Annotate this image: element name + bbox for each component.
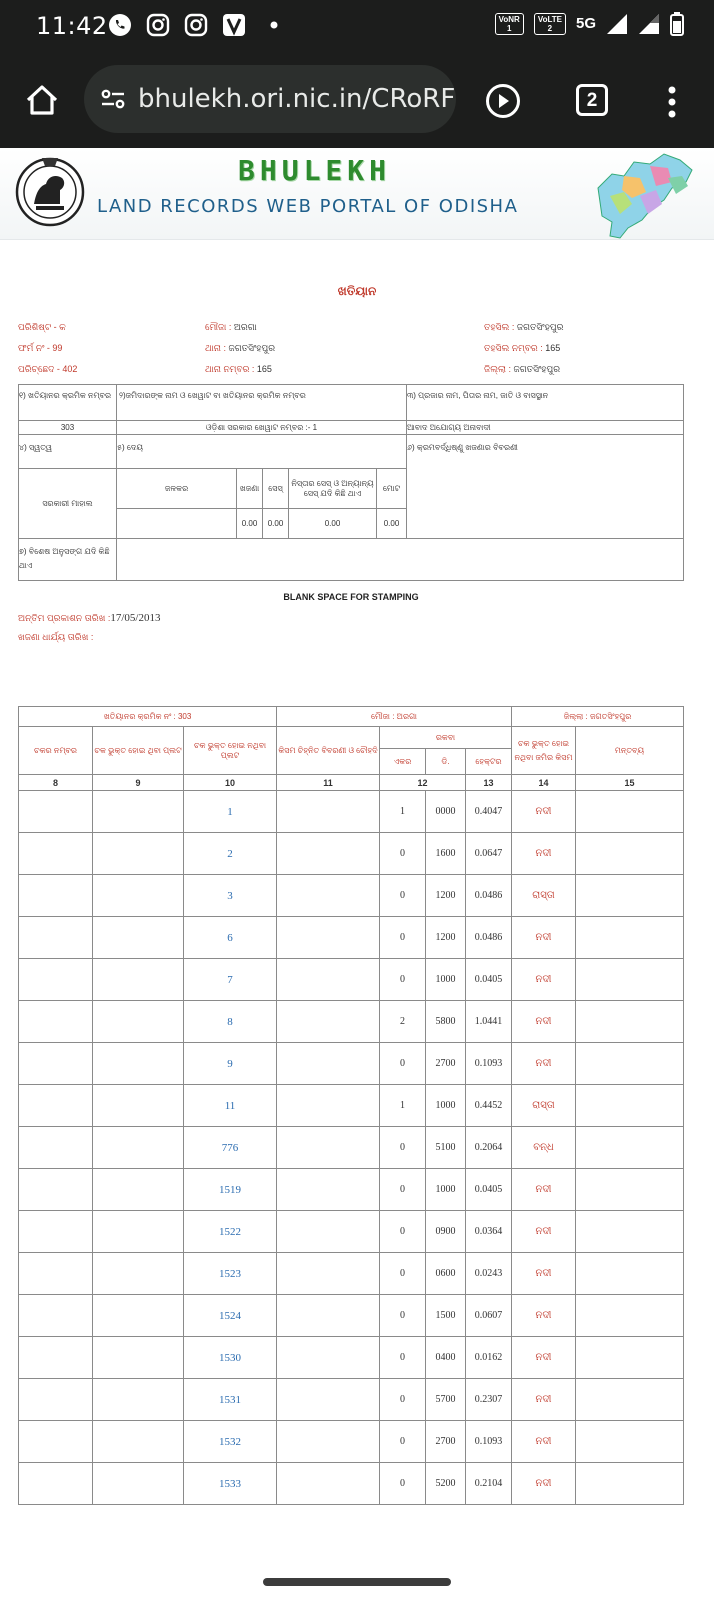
tenant-value: ଆବାଦ ଅଯୋଗ୍ୟ ଅନାବାଦୀ bbox=[407, 421, 684, 435]
special-label: ୭) ବିଶେଷ ଅନୁସଙ୍ଗ ଯଦି କିଛି ଥାଏ bbox=[19, 539, 117, 581]
chaka-cell bbox=[19, 959, 93, 1001]
kisam-details-cell bbox=[277, 959, 380, 1001]
acre-cell: 0 bbox=[380, 1169, 426, 1211]
plot-number-link[interactable]: 1531 bbox=[219, 1394, 241, 1406]
kisam-details-cell bbox=[277, 1001, 380, 1043]
table-row: 9027000.1093ନଦୀ bbox=[19, 1043, 684, 1085]
thana-number-label: ଥାନା ନମ୍ବର : bbox=[205, 364, 257, 374]
owner-value: ଓଡ଼ିଶା ସରକାର ଖେୱାଟ ନମ୍ବର :- 1 bbox=[117, 421, 407, 435]
land-type-cell: ରାସ୍ତା bbox=[512, 875, 576, 917]
chaka-cell bbox=[19, 1253, 93, 1295]
land-type-cell: ନଦୀ bbox=[512, 1211, 576, 1253]
kisam-details-cell bbox=[277, 1211, 380, 1253]
nistar-ses-header: ନିସ୍ତାର ସେସ୍ ଓ ଅନ୍ୟାନ୍ୟ ସେସ୍ ଯଦି କିଛି ଥା… bbox=[289, 469, 377, 509]
odisha-emblem-icon bbox=[14, 152, 86, 228]
land-type-cell: ନଦୀ bbox=[512, 917, 576, 959]
plot-number-cell: 1532 bbox=[184, 1421, 277, 1463]
decimal-cell: 1000 bbox=[426, 959, 466, 1001]
land-type-cell: ନଦୀ bbox=[512, 1463, 576, 1505]
ses-header: ସେସ୍ bbox=[263, 469, 289, 509]
kisam-details-cell bbox=[277, 1337, 380, 1379]
chaka-plot-cell bbox=[93, 833, 184, 875]
remarks-cell bbox=[576, 791, 684, 833]
acre-cell: 2 bbox=[380, 1001, 426, 1043]
gesture-bar[interactable] bbox=[263, 1578, 451, 1586]
column-number: 8 bbox=[19, 775, 93, 791]
decimal-cell: 0600 bbox=[426, 1253, 466, 1295]
khajana-value: 0.00 bbox=[237, 509, 263, 539]
district-field: ଜିଲ୍ଲା : ଜଗତସିଂହପୁର bbox=[484, 364, 560, 375]
plot-number-cell: 2 bbox=[184, 833, 277, 875]
kisam-details-cell bbox=[277, 1169, 380, 1211]
browser-toolbar: bhulekh.ori.nic.in/CRoRF 2 bbox=[0, 52, 714, 148]
tahasil-number-value: 165 bbox=[545, 343, 560, 353]
land-type-cell: ନଦୀ bbox=[512, 1001, 576, 1043]
portal-title: LAND RECORDS WEB PORTAL OF ODISHA bbox=[97, 196, 518, 217]
column-number: 13 bbox=[466, 775, 512, 791]
column-number: 12 bbox=[380, 775, 466, 791]
hectare-cell: 0.0607 bbox=[466, 1295, 512, 1337]
remarks-cell bbox=[576, 1169, 684, 1211]
plot-number-cell: 1524 bbox=[184, 1295, 277, 1337]
plot-number-link[interactable]: 2 bbox=[227, 848, 233, 860]
document-title: ଖତିୟାନ bbox=[0, 284, 714, 299]
hectare-cell: 1.0441 bbox=[466, 1001, 512, 1043]
chaka-cell bbox=[19, 1379, 93, 1421]
battery-icon bbox=[670, 12, 684, 36]
remarks-cell bbox=[576, 1127, 684, 1169]
site-banner: BHULEKH LAND RECORDS WEB PORTAL OF ODISH… bbox=[0, 148, 714, 240]
mouza-value: ଅରଗା bbox=[234, 322, 257, 332]
acre-cell: 0 bbox=[380, 1295, 426, 1337]
kisam-details-cell bbox=[277, 1127, 380, 1169]
district-label: ଜିଲ୍ଲା : bbox=[484, 364, 514, 374]
chaka-cell bbox=[19, 1043, 93, 1085]
land-type-cell: ନଦୀ bbox=[512, 791, 576, 833]
tahasil-label: ତହସିଲ : bbox=[484, 322, 517, 332]
chaka-plot-cell bbox=[93, 1085, 184, 1127]
acre-cell: 0 bbox=[380, 1463, 426, 1505]
land-type-cell: ନଦୀ bbox=[512, 1379, 576, 1421]
chaka-plot-cell bbox=[93, 1295, 184, 1337]
table-row: 7010000.0405ନଦୀ bbox=[19, 959, 684, 1001]
hectare-cell: 0.4452 bbox=[466, 1085, 512, 1127]
hectare-cell: 0.2104 bbox=[466, 1463, 512, 1505]
decimal-cell: 1200 bbox=[426, 875, 466, 917]
khatian-number-value: 303 bbox=[19, 421, 117, 435]
play-icon[interactable] bbox=[485, 83, 521, 119]
more-notifications-dot-icon bbox=[262, 13, 286, 37]
mot-header: ମୋଟ bbox=[377, 469, 407, 509]
decimal-cell: 1500 bbox=[426, 1295, 466, 1337]
land-type-cell: ନଦୀ bbox=[512, 959, 576, 1001]
hectare-header: ହେକ୍ଟର bbox=[466, 749, 512, 775]
plot-number-link[interactable]: 11 bbox=[225, 1100, 236, 1112]
decimal-cell: 0900 bbox=[426, 1211, 466, 1253]
land-type-header: ଚକ ଭୁକ୍ତ ହୋଇ ନଥିବା ଜମିର କିସମ bbox=[512, 727, 576, 775]
plots-khatian-number: ଖତିୟାନର କ୍ରମିକ ନଂ : 303 bbox=[19, 707, 277, 727]
chaka-plot-cell bbox=[93, 791, 184, 833]
remarks-cell bbox=[576, 959, 684, 1001]
remarks-cell bbox=[576, 1085, 684, 1127]
vonr-indicator: VoNR1 bbox=[495, 13, 524, 35]
decimal-cell: 1200 bbox=[426, 917, 466, 959]
kisam-details-cell bbox=[277, 791, 380, 833]
table-row: 1523006000.0243ନଦୀ bbox=[19, 1253, 684, 1295]
table-row: 6012000.0486ନଦୀ bbox=[19, 917, 684, 959]
chaka-plot-header: ଚକ ଭୁକ୍ତ ହୋଇ ଥିବା ପ୍ଲଟ bbox=[93, 727, 184, 775]
acre-cell: 0 bbox=[380, 875, 426, 917]
land-type-cell: ନଦୀ bbox=[512, 1295, 576, 1337]
decimal-cell: 5700 bbox=[426, 1379, 466, 1421]
table-row: 776051000.2064ବନ୍ଧ bbox=[19, 1127, 684, 1169]
plot-number-cell: 1 bbox=[184, 791, 277, 833]
plots-table: ଖତିୟାନର କ୍ରମିକ ନଂ : 303 ମୌଜା : ଅରଗା ଜିଲ୍… bbox=[18, 706, 684, 1505]
table-row: 1522009000.0364ନଦୀ bbox=[19, 1211, 684, 1253]
acre-cell: 0 bbox=[380, 917, 426, 959]
plot-number-link[interactable]: 8 bbox=[227, 1016, 233, 1028]
publish-date-label: ଅନ୍ତିମ ପ୍ରକାଶନ ତାରିଖ : bbox=[18, 613, 110, 623]
remarks-cell bbox=[576, 1001, 684, 1043]
remarks-cell bbox=[576, 875, 684, 917]
decimal-cell: 2700 bbox=[426, 1043, 466, 1085]
remarks-cell bbox=[576, 1295, 684, 1337]
khajana-header: ଖଜଣା bbox=[237, 469, 263, 509]
chaka-plot-cell bbox=[93, 1169, 184, 1211]
tahasil-field: ତହସିଲ : ଜଗତସିଂହପୁର bbox=[484, 322, 563, 333]
remarks-cell bbox=[576, 1463, 684, 1505]
land-type-cell: ରାସ୍ତା bbox=[512, 1085, 576, 1127]
hectare-cell: 0.0405 bbox=[466, 1169, 512, 1211]
site-info-icon[interactable] bbox=[98, 84, 128, 114]
decimal-cell: 2700 bbox=[426, 1421, 466, 1463]
acre-cell: 0 bbox=[380, 1211, 426, 1253]
vonr-label: VoNR bbox=[499, 15, 520, 24]
kisam-details-header: କିସମ ଚିହ୍ନିତ ବିବରଣୀ ଓ ଚୌହଦି bbox=[277, 727, 380, 775]
kisam-details-cell bbox=[277, 1379, 380, 1421]
acre-header: ଏକର bbox=[380, 749, 426, 775]
remarks-cell bbox=[576, 1421, 684, 1463]
chaka-plot-cell bbox=[93, 1463, 184, 1505]
decimal-cell: 5100 bbox=[426, 1127, 466, 1169]
chaka-cell bbox=[19, 791, 93, 833]
chaka-cell bbox=[19, 875, 93, 917]
vi-app-icon bbox=[222, 13, 246, 37]
plot-number-link[interactable]: 9 bbox=[227, 1058, 233, 1070]
acre-cell: 0 bbox=[380, 959, 426, 1001]
kisam-details-cell bbox=[277, 917, 380, 959]
table-row: 1100000.4047ନଦୀ bbox=[19, 791, 684, 833]
tab-switcher-button[interactable]: 2 bbox=[576, 84, 608, 116]
chaka-header: ଚକର ନମ୍ବର bbox=[19, 727, 93, 775]
decimal-cell: 1000 bbox=[426, 1169, 466, 1211]
land-type-cell: ନଦୀ bbox=[512, 1043, 576, 1085]
plot-number-link[interactable]: 1522 bbox=[219, 1226, 241, 1238]
sarakari-mahal-label: ସରକାରୀ ମାହାଲ bbox=[19, 469, 117, 539]
chaka-plot-cell bbox=[93, 1211, 184, 1253]
hectare-cell: 0.1093 bbox=[466, 1421, 512, 1463]
plot-number-link[interactable]: 1530 bbox=[219, 1352, 241, 1364]
chaka-cell bbox=[19, 1421, 93, 1463]
land-type-cell: ବନ୍ଧ bbox=[512, 1127, 576, 1169]
chaka-cell bbox=[19, 1085, 93, 1127]
acre-cell: 0 bbox=[380, 1253, 426, 1295]
chaka-cell bbox=[19, 833, 93, 875]
decimal-cell: 0400 bbox=[426, 1337, 466, 1379]
acre-cell: 0 bbox=[380, 1379, 426, 1421]
remarks-header: ମନ୍ତବ୍ୟ bbox=[576, 727, 684, 775]
form-number: ଫର୍ମ ନଂ - 99 bbox=[18, 343, 62, 354]
call-notification-icon bbox=[108, 13, 132, 37]
acre-cell: 1 bbox=[380, 1085, 426, 1127]
chaka-plot-cell bbox=[93, 1253, 184, 1295]
bhulekh-logo: BHULEKH bbox=[238, 154, 391, 187]
land-type-cell: ନଦୀ bbox=[512, 1421, 576, 1463]
chaka-plot-cell bbox=[93, 959, 184, 1001]
plot-number-cell: 1531 bbox=[184, 1379, 277, 1421]
volte-label: VoLTE bbox=[538, 15, 562, 24]
clock: 11:42 bbox=[36, 12, 108, 40]
tahasil-number-field: ତହସିଲ ନମ୍ବର : 165 bbox=[484, 343, 560, 354]
area-header: ରକବା bbox=[380, 727, 512, 749]
hectare-cell: 0.4047 bbox=[466, 791, 512, 833]
plot-number-cell: 1519 bbox=[184, 1169, 277, 1211]
plot-number-cell: 9 bbox=[184, 1043, 277, 1085]
plot-rows: 1100000.4047ନଦୀ2016000.0647ନଦୀ3012000.04… bbox=[19, 791, 684, 1505]
chaka-plot-cell bbox=[93, 1127, 184, 1169]
chaka-cell bbox=[19, 1295, 93, 1337]
thana-label: ଥାନା : bbox=[205, 343, 229, 353]
kisam-details-cell bbox=[277, 1463, 380, 1505]
chaka-cell bbox=[19, 1001, 93, 1043]
acre-cell: 0 bbox=[380, 1127, 426, 1169]
plot-number-link[interactable]: 6 bbox=[227, 932, 233, 944]
hectare-cell: 0.1093 bbox=[466, 1043, 512, 1085]
mouza-field: ମୌଜା : ଅରଗା bbox=[205, 322, 257, 333]
remarks-cell bbox=[576, 917, 684, 959]
decimal-cell: 1000 bbox=[426, 1085, 466, 1127]
status-bar: 11:42 VoNR1 VoLTE2 5G bbox=[0, 0, 714, 52]
plot-number-link[interactable]: 1524 bbox=[219, 1310, 241, 1322]
plot-number-link[interactable]: 1 bbox=[227, 806, 233, 818]
plot-number-cell: 11 bbox=[184, 1085, 277, 1127]
thana-number-field: ଥାନା ନମ୍ବର : 165 bbox=[205, 364, 272, 375]
chaka-cell bbox=[19, 1169, 93, 1211]
decimal-cell: 5200 bbox=[426, 1463, 466, 1505]
land-type-cell: ନଦୀ bbox=[512, 833, 576, 875]
deya-label: ୫) ଦେୟ bbox=[117, 435, 407, 469]
column-number: 9 bbox=[93, 775, 184, 791]
acre-cell: 0 bbox=[380, 1043, 426, 1085]
kisam-details-cell bbox=[277, 1253, 380, 1295]
acre-cell: 1 bbox=[380, 791, 426, 833]
plot-number-cell: 7 bbox=[184, 959, 277, 1001]
chaka-plot-cell bbox=[93, 1337, 184, 1379]
remarks-cell bbox=[576, 1253, 684, 1295]
plot-number-link[interactable]: 776 bbox=[222, 1142, 239, 1154]
thana-value: ଜଗତସିଂହପୁର bbox=[229, 343, 276, 353]
land-type-cell: ନଦୀ bbox=[512, 1253, 576, 1295]
plot-number-cell: 3 bbox=[184, 875, 277, 917]
kisam-details-cell bbox=[277, 1295, 380, 1337]
mot-value: 0.00 bbox=[377, 509, 407, 539]
jalakar-header: ଜଳକର bbox=[117, 469, 237, 509]
decimal-cell: 1600 bbox=[426, 833, 466, 875]
hectare-cell: 0.0364 bbox=[466, 1211, 512, 1253]
column-number: 15 bbox=[576, 775, 684, 791]
chaka-cell bbox=[19, 1463, 93, 1505]
remarks-cell bbox=[576, 1337, 684, 1379]
kramabardhishnu-label: ୬) କ୍ରମବର୍ଦ୍ଧିଷ୍ଣୁ ଖଜଣାର ବିବରଣୀ bbox=[407, 435, 684, 539]
instagram-icon-2 bbox=[184, 13, 208, 37]
hectare-cell: 0.0486 bbox=[466, 875, 512, 917]
hectare-cell: 0.0405 bbox=[466, 959, 512, 1001]
chaka-cell bbox=[19, 917, 93, 959]
acre-cell: 0 bbox=[380, 1337, 426, 1379]
remarks-cell bbox=[576, 1379, 684, 1421]
table-row: 8258001.0441ନଦୀ bbox=[19, 1001, 684, 1043]
plot-number-link[interactable]: 3 bbox=[227, 890, 233, 902]
plot-number-cell: 1522 bbox=[184, 1211, 277, 1253]
acre-cell: 0 bbox=[380, 833, 426, 875]
kisam-details-cell bbox=[277, 875, 380, 917]
hectare-cell: 0.2064 bbox=[466, 1127, 512, 1169]
khatian-number-header: ୧) ଖତିୟାନର କ୍ରମିକ ନମ୍ବର bbox=[19, 385, 117, 421]
acre-cell: 0 bbox=[380, 1421, 426, 1463]
chaka-plot-cell bbox=[93, 917, 184, 959]
column-number: 10 bbox=[184, 775, 277, 791]
table-row: 1532027000.1093ନଦୀ bbox=[19, 1421, 684, 1463]
kisam-details-cell bbox=[277, 1043, 380, 1085]
nistar-ses-value: 0.00 bbox=[289, 509, 377, 539]
column-numbers-row: 89101112131415 bbox=[19, 775, 684, 791]
chaka-plot-cell bbox=[93, 1043, 184, 1085]
publish-date: ଅନ୍ତିମ ପ୍ରକାଶନ ତାରିଖ :17/05/2013 bbox=[18, 612, 160, 624]
owner-header: ୨)ଜମିଦାରଙ୍କ ନାମ ଓ ଖେୱାଟ ବା ଖତିୟାନର କ୍ରମି… bbox=[117, 385, 407, 421]
remarks-cell bbox=[576, 1043, 684, 1085]
decimal-cell: 5800 bbox=[426, 1001, 466, 1043]
non-chaka-plot-header: ଚକ ଭୁକ୍ତ ହୋଇ ନଥିବା ପ୍ଲଟ bbox=[184, 727, 277, 775]
parichheda: ପରିଚ୍ଛେଦ - 402 bbox=[18, 364, 77, 375]
table-row: 1533052000.2104ନଦୀ bbox=[19, 1463, 684, 1505]
plot-number-cell: 8 bbox=[184, 1001, 277, 1043]
decimal-header: ଡି. bbox=[426, 749, 466, 775]
chaka-plot-cell bbox=[93, 1001, 184, 1043]
special-value bbox=[117, 539, 684, 581]
table-row: 3012000.0486ରାସ୍ତା bbox=[19, 875, 684, 917]
network-type: 5G bbox=[576, 17, 596, 31]
chaka-plot-cell bbox=[93, 875, 184, 917]
address-bar[interactable]: bhulekh.ori.nic.in/CRoRF bbox=[84, 65, 456, 133]
volte-indicator: VoLTE2 bbox=[534, 13, 566, 35]
plot-number-cell: 1530 bbox=[184, 1337, 277, 1379]
chaka-cell bbox=[19, 1211, 93, 1253]
stamp-space: BLANK SPACE FOR STAMPING bbox=[18, 592, 684, 602]
kisam-details-cell bbox=[277, 1085, 380, 1127]
table-row: 1524015000.0607ନଦୀ bbox=[19, 1295, 684, 1337]
chaka-plot-cell bbox=[93, 1379, 184, 1421]
hectare-cell: 0.0243 bbox=[466, 1253, 512, 1295]
table-row: 1530004000.0162ନଦୀ bbox=[19, 1337, 684, 1379]
hectare-cell: 0.0486 bbox=[466, 917, 512, 959]
column-number: 11 bbox=[277, 775, 380, 791]
decimal-cell: 0000 bbox=[426, 791, 466, 833]
plot-number-link[interactable]: 1519 bbox=[219, 1184, 241, 1196]
odisha-map-icon bbox=[580, 148, 710, 240]
signal-strength-icon-2 bbox=[638, 13, 660, 35]
district-value: ଜଗତସିଂହପୁର bbox=[514, 364, 561, 374]
plot-number-link[interactable]: 1533 bbox=[219, 1478, 241, 1490]
land-type-cell: ନଦୀ bbox=[512, 1337, 576, 1379]
table-row: 1531057000.2307ନଦୀ bbox=[19, 1379, 684, 1421]
chaka-plot-cell bbox=[93, 1421, 184, 1463]
plot-number-link[interactable]: 1523 bbox=[219, 1268, 241, 1280]
mouza-label: ମୌଜା : bbox=[205, 322, 234, 332]
swatwa-label: ୪) ସ୍ୱତ୍ୱ bbox=[19, 435, 117, 469]
plots-mouza: ମୌଜା : ଅରଗା bbox=[277, 707, 512, 727]
hectare-cell: 0.0162 bbox=[466, 1337, 512, 1379]
plot-number-link[interactable]: 1532 bbox=[219, 1436, 241, 1448]
plot-number-cell: 1523 bbox=[184, 1253, 277, 1295]
tenant-header: ୩) ପ୍ରଜାର ନାମ, ପିତାର ନାମ, ଜାତି ଓ ବାସସ୍ଥା… bbox=[407, 385, 684, 421]
column-number: 14 bbox=[512, 775, 576, 791]
url-text[interactable]: bhulekh.ori.nic.in/CRoRF bbox=[138, 84, 455, 114]
khatian-info-table: ୧) ଖତିୟାନର କ୍ରମିକ ନମ୍ବର ୨)ଜମିଦାରଙ୍କ ନାମ … bbox=[18, 384, 684, 581]
plot-number-cell: 1533 bbox=[184, 1463, 277, 1505]
more-options-icon[interactable] bbox=[664, 82, 680, 122]
parishista-label: ପରିଶିଷ୍ଟ - କ bbox=[18, 322, 66, 333]
plot-number-link[interactable]: 7 bbox=[227, 974, 233, 986]
plot-number-cell: 6 bbox=[184, 917, 277, 959]
thana-field: ଥାନା : ଜଗତସିଂହପୁର bbox=[205, 343, 275, 354]
kisam-details-cell bbox=[277, 1421, 380, 1463]
table-row: 2016000.0647ନଦୀ bbox=[19, 833, 684, 875]
publish-date-value: 17/05/2013 bbox=[110, 612, 160, 624]
remarks-cell bbox=[576, 833, 684, 875]
tax-date-label: ଖଜଣା ଧାର୍ଯ୍ୟ ତାରିଖ : bbox=[18, 632, 93, 643]
signal-strength-icon bbox=[606, 13, 628, 35]
remarks-cell bbox=[576, 1211, 684, 1253]
instagram-icon bbox=[146, 13, 170, 37]
jalakar-value bbox=[117, 509, 237, 539]
chaka-cell bbox=[19, 1127, 93, 1169]
plot-number-cell: 776 bbox=[184, 1127, 277, 1169]
tahasil-value: ଜଗତସିଂହପୁର bbox=[517, 322, 564, 332]
hectare-cell: 0.0647 bbox=[466, 833, 512, 875]
table-row: 11110000.4452ରାସ୍ତା bbox=[19, 1085, 684, 1127]
plots-district: ଜିଲ୍ଲା : ଜଗତସିଂହପୁର bbox=[512, 707, 684, 727]
tahasil-number-label: ତହସିଲ ନମ୍ବର : bbox=[484, 343, 545, 353]
home-icon[interactable] bbox=[22, 80, 62, 120]
table-row: 1519010000.0405ନଦୀ bbox=[19, 1169, 684, 1211]
thana-number-value: 165 bbox=[257, 364, 272, 374]
hectare-cell: 0.2307 bbox=[466, 1379, 512, 1421]
kisam-details-cell bbox=[277, 833, 380, 875]
land-type-cell: ନଦୀ bbox=[512, 1169, 576, 1211]
chaka-cell bbox=[19, 1337, 93, 1379]
ses-value: 0.00 bbox=[263, 509, 289, 539]
